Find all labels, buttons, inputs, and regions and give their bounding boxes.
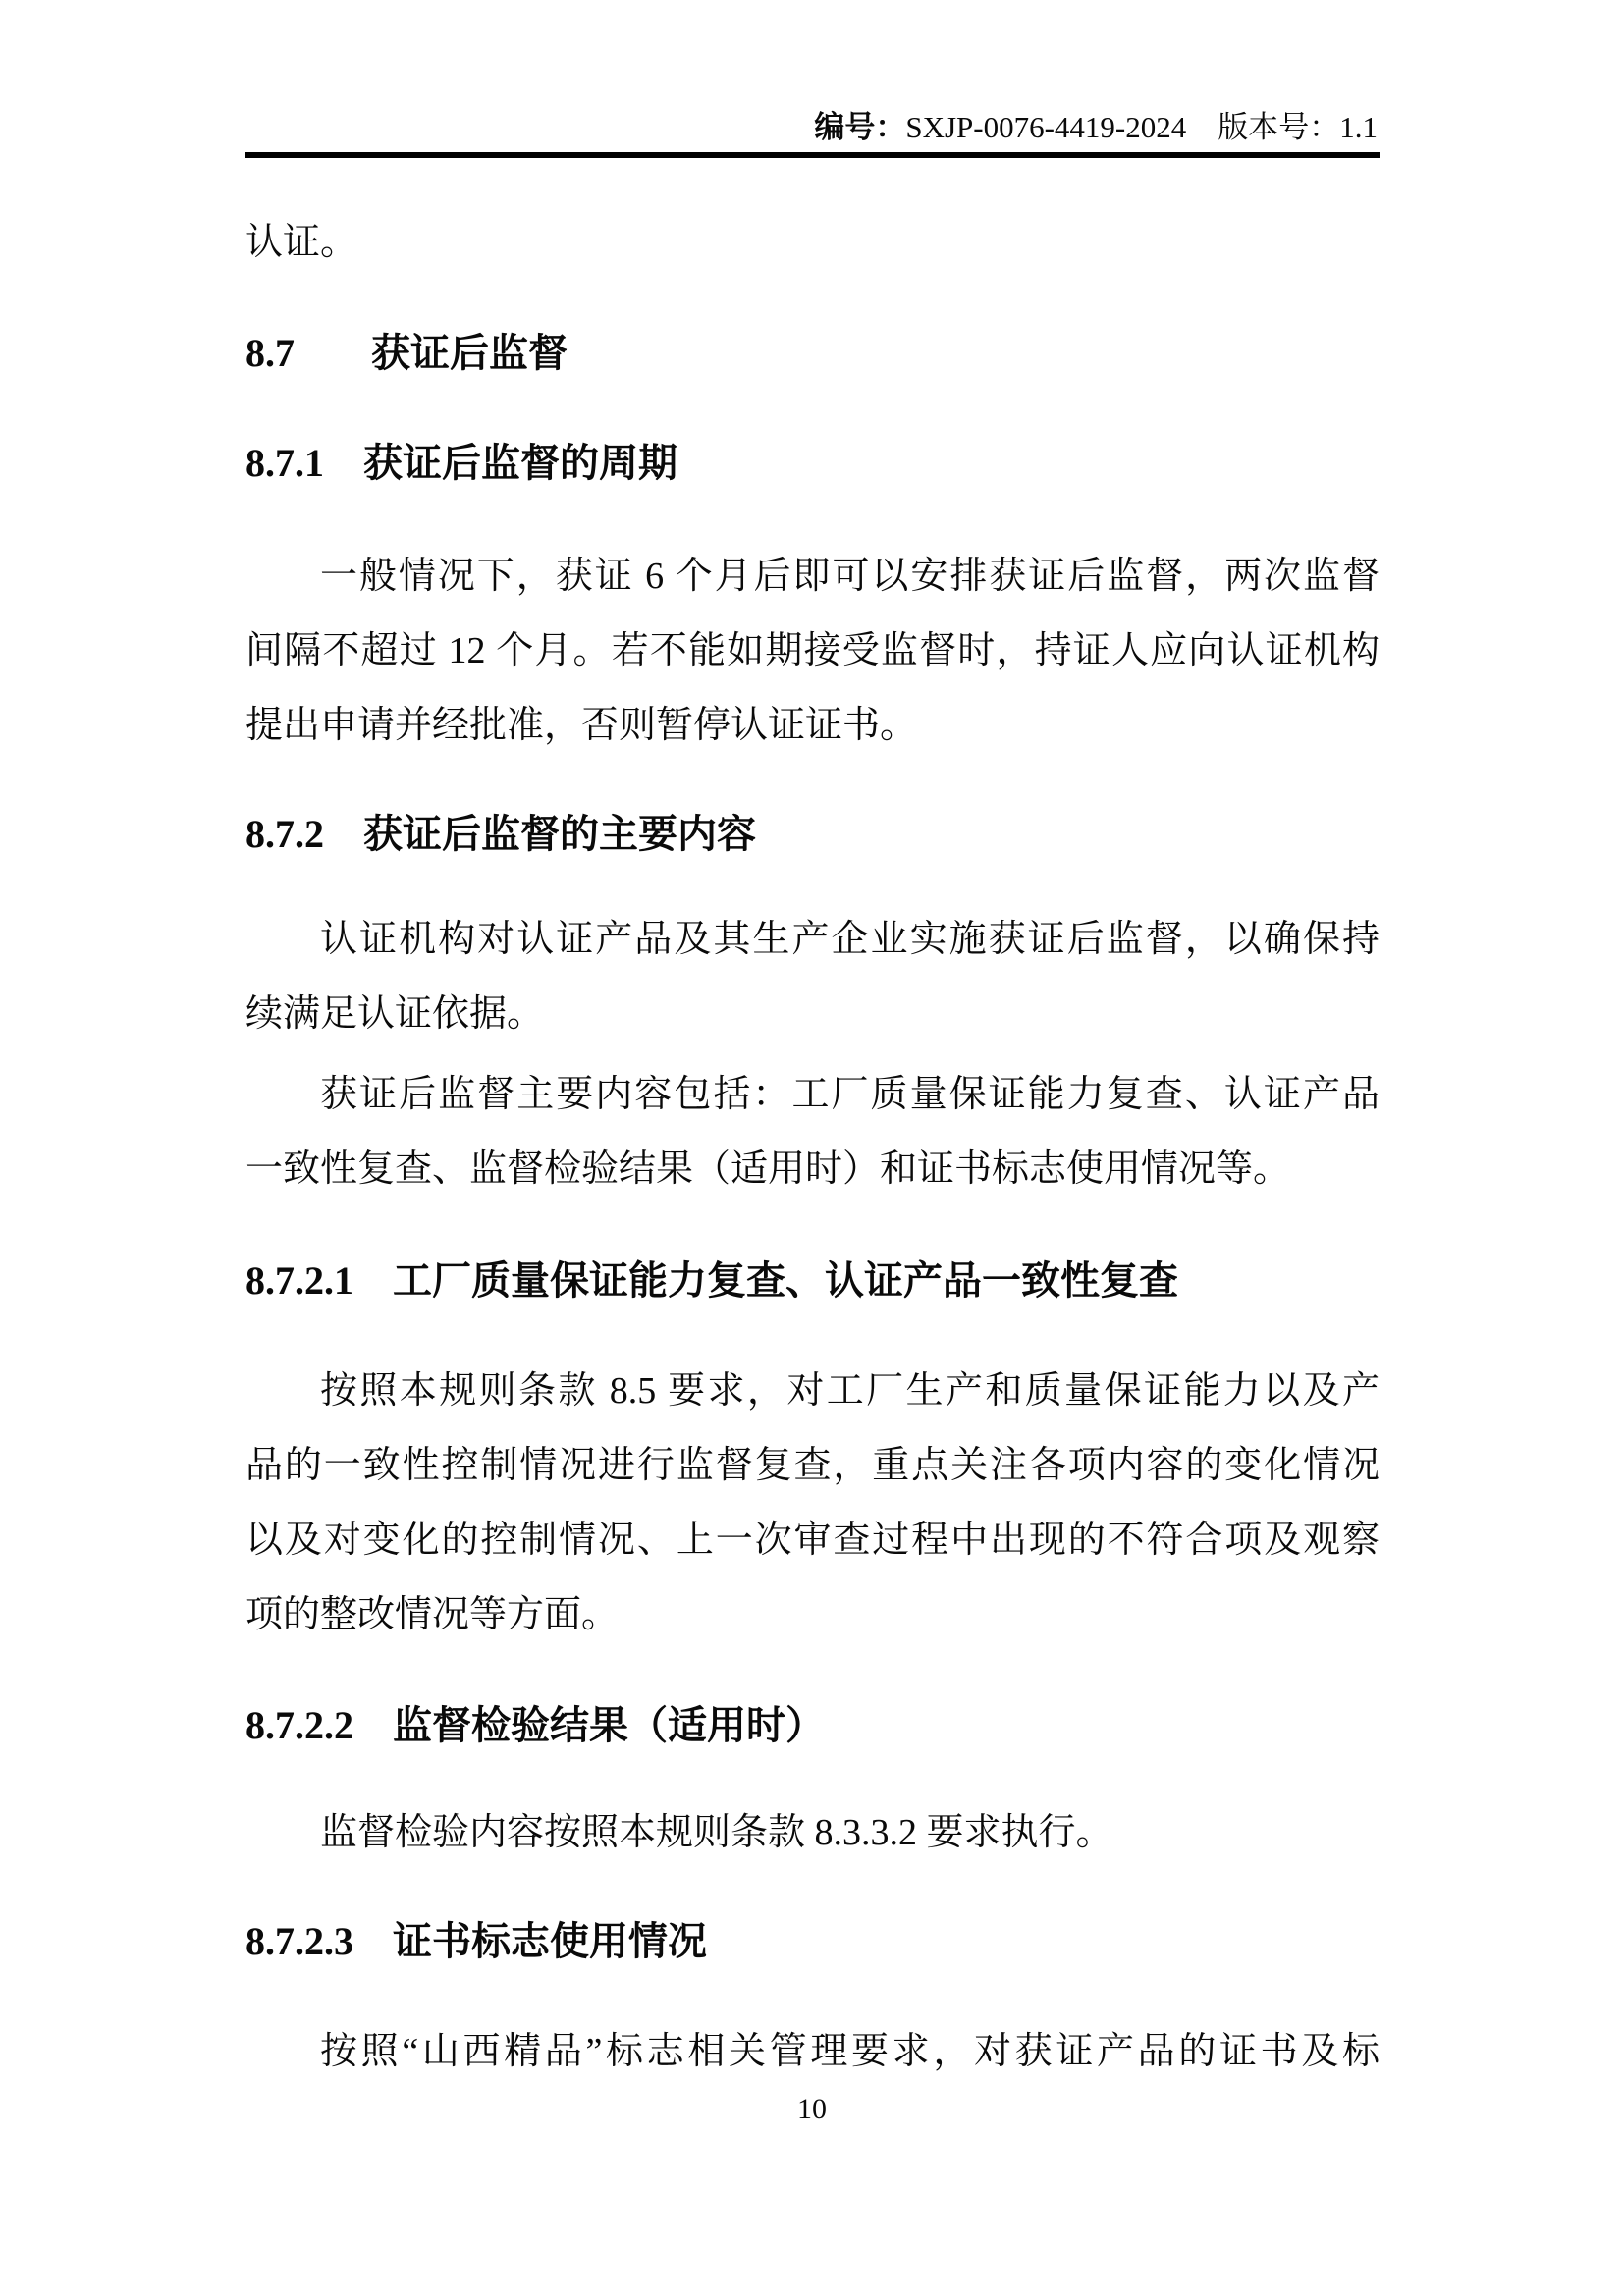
heading-number: 8.7.2.1 — [245, 1258, 353, 1303]
paragraph-8-7-2-b: 获证后监督主要内容包括：工厂质量保证能力复查、认证产品 一致性复查、监督检验结果… — [245, 1057, 1380, 1206]
page-header: 编号：SXJP-0076-4419-2024版本号：1.1 — [814, 108, 1378, 147]
section-heading-8-7-1: 8.7.1获证后监督的周期 — [245, 438, 1380, 489]
paragraph-line: 一致性复查、监督检验结果（适用时）和证书标志使用情况等。 — [245, 1132, 1380, 1206]
paragraph-line: 品的一致性控制情况进行监督复查，重点关注各项内容的变化情况 — [245, 1428, 1380, 1503]
paragraph-line: 项的整改情况等方面。 — [245, 1577, 1380, 1652]
heading-title: 监督检验结果（适用时） — [393, 1704, 825, 1747]
heading-title: 获证后监督的周期 — [363, 442, 677, 485]
heading-number: 8.7 — [245, 331, 295, 375]
heading-number: 8.7.2 — [245, 812, 324, 856]
heading-title: 获证后监督 — [371, 332, 568, 375]
section-heading-8-7-2-3: 8.7.2.3证书标志使用情况 — [245, 1916, 1380, 1967]
doc-number-label: 编号： — [814, 110, 905, 144]
page-number: 10 — [0, 2091, 1624, 2128]
doc-number-value: SXJP-0076-4419-2024 — [905, 110, 1186, 144]
paragraph-line: 间隔不超过 12 个月。若不能如期接受监督时，持证人应向认证机构 — [245, 614, 1380, 688]
version-label: 版本号： — [1218, 110, 1339, 144]
paragraph-line: 以及对变化的控制情况、上一次审查过程中出现的不符合项及观察 — [245, 1503, 1380, 1577]
paragraph-line: 认证机构对认证产品及其生产企业实施获证后监督，以确保持 — [245, 902, 1380, 977]
heading-number: 8.7.2.2 — [245, 1703, 353, 1747]
paragraph-line: 认证。 — [245, 205, 1380, 280]
section-heading-8-7-2-2: 8.7.2.2监督检验结果（适用时） — [245, 1700, 1380, 1751]
paragraph-line: 提出申请并经批准，否则暂停认证证书。 — [245, 688, 1380, 763]
section-heading-8-7-2-1: 8.7.2.1工厂质量保证能力复查、认证产品一致性复查 — [245, 1255, 1380, 1307]
heading-title: 证书标志使用情况 — [393, 1920, 707, 1963]
paragraph-8-7-2-a: 认证机构对认证产品及其生产企业实施获证后监督，以确保持 续满足认证依据。 — [245, 902, 1380, 1051]
paragraph-8-7-2-2: 监督检验内容按照本规则条款 8.3.3.2 要求执行。 — [245, 1795, 1380, 1870]
paragraph-continued: 认证。 — [245, 205, 1380, 280]
paragraph-line: 按照本规则条款 8.5 要求，对工厂生产和质量保证能力以及产 — [245, 1354, 1380, 1428]
paragraph-8-7-1: 一般情况下，获证 6 个月后即可以安排获证后监督，两次监督 间隔不超过 12 个… — [245, 539, 1380, 763]
paragraph-line: 续满足认证依据。 — [245, 977, 1380, 1051]
section-heading-8-7: 8.7获证后监督 — [245, 328, 1380, 379]
heading-title: 获证后监督的主要内容 — [363, 813, 756, 856]
paragraph-8-7-2-1: 按照本规则条款 8.5 要求，对工厂生产和质量保证能力以及产 品的一致性控制情况… — [245, 1354, 1380, 1652]
paragraph-line: 获证后监督主要内容包括：工厂质量保证能力复查、认证产品 — [245, 1057, 1380, 1132]
document-page: 编号：SXJP-0076-4419-2024版本号：1.1 认证。 8.7获证后… — [0, 0, 1624, 2296]
heading-number: 8.7.2.3 — [245, 1919, 353, 1963]
heading-title: 工厂质量保证能力复查、认证产品一致性复查 — [393, 1259, 1178, 1303]
header-rule — [245, 152, 1380, 158]
paragraph-line: 一般情况下，获证 6 个月后即可以安排获证后监督，两次监督 — [245, 539, 1380, 614]
paragraph-8-7-2-3: 按照“山西精品”标志相关管理要求，对获证产品的证书及标 — [245, 2014, 1380, 2089]
heading-number: 8.7.1 — [245, 441, 324, 485]
paragraph-line: 按照“山西精品”标志相关管理要求，对获证产品的证书及标 — [245, 2014, 1380, 2089]
paragraph-line: 监督检验内容按照本规则条款 8.3.3.2 要求执行。 — [245, 1795, 1380, 1870]
section-heading-8-7-2: 8.7.2获证后监督的主要内容 — [245, 809, 1380, 860]
version-value: 1.1 — [1339, 110, 1378, 144]
